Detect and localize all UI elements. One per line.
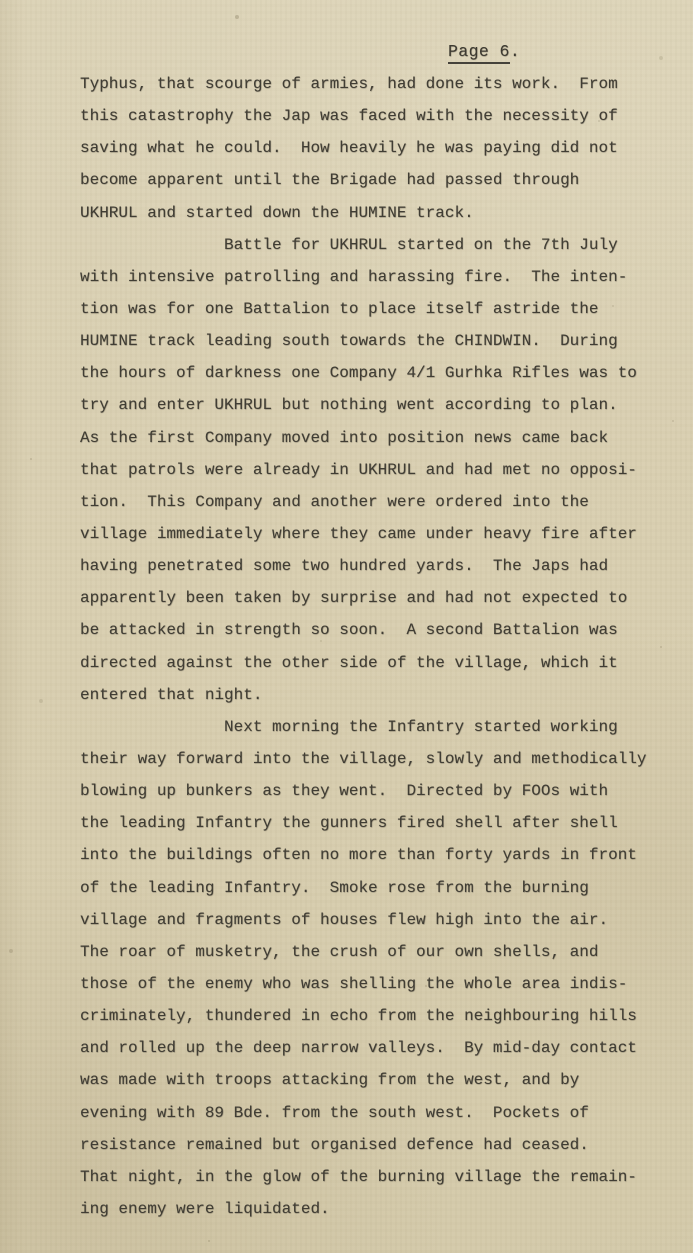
text-line: resistance remained but organised defenc…: [80, 1129, 660, 1161]
text-line: apparently been taken by surprise and ha…: [80, 582, 660, 614]
page-number-heading: Page 6.: [448, 40, 520, 64]
typed-text-body: Typhus, that scourge of armies, had done…: [80, 68, 660, 1225]
text-line: tion was for one Battalion to place itse…: [80, 293, 660, 325]
text-line: UKHRUL and started down the HUMINE track…: [80, 197, 660, 229]
text-line: this catastrophy the Jap was faced with …: [80, 100, 660, 132]
text-line: tion. This Company and another were orde…: [80, 486, 660, 518]
text-line: ing enemy were liquidated.: [80, 1193, 660, 1225]
text-line: become apparent until the Brigade had pa…: [80, 164, 660, 196]
text-line: that patrols were already in UKHRUL and …: [80, 454, 660, 486]
text-line: That night, in the glow of the burning v…: [80, 1161, 660, 1193]
page-number-underlined-text: Page 6: [448, 42, 510, 64]
text-line: saving what he could. How heavily he was…: [80, 132, 660, 164]
text-line: try and enter UKHRUL but nothing went ac…: [80, 389, 660, 421]
text-line: village immediately where they came unde…: [80, 518, 660, 550]
page-number-period: .: [510, 42, 520, 61]
document-page: Page 6. Typhus, that scourge of armies, …: [0, 0, 693, 1253]
text-line: village and fragments of houses flew hig…: [80, 904, 660, 936]
text-line: with intensive patrolling and harassing …: [80, 261, 660, 293]
text-line: entered that night.: [80, 679, 660, 711]
text-line: Battle for UKHRUL started on the 7th Jul…: [80, 229, 660, 261]
text-line: those of the enemy who was shelling the …: [80, 968, 660, 1000]
text-line: HUMINE track leading south towards the C…: [80, 325, 660, 357]
text-line: and rolled up the deep narrow valleys. B…: [80, 1032, 660, 1064]
text-line: the leading Infantry the gunners fired s…: [80, 807, 660, 839]
text-line: directed against the other side of the v…: [80, 647, 660, 679]
text-line: criminately, thundered in echo from the …: [80, 1000, 660, 1032]
text-line: Typhus, that scourge of armies, had done…: [80, 68, 660, 100]
text-line: the hours of darkness one Company 4/1 Gu…: [80, 357, 660, 389]
text-line: The roar of musketry, the crush of our o…: [80, 936, 660, 968]
text-line: was made with troops attacking from the …: [80, 1064, 660, 1096]
text-line: be attacked in strength so soon. A secon…: [80, 614, 660, 646]
text-line: As the first Company moved into position…: [80, 422, 660, 454]
text-line: Next morning the Infantry started workin…: [80, 711, 660, 743]
text-line: into the buildings often no more than fo…: [80, 839, 660, 871]
text-line: blowing up bunkers as they went. Directe…: [80, 775, 660, 807]
text-line: their way forward into the village, slow…: [80, 743, 660, 775]
text-line: evening with 89 Bde. from the south west…: [80, 1097, 660, 1129]
text-line: having penetrated some two hundred yards…: [80, 550, 660, 582]
text-line: of the leading Infantry. Smoke rose from…: [80, 872, 660, 904]
